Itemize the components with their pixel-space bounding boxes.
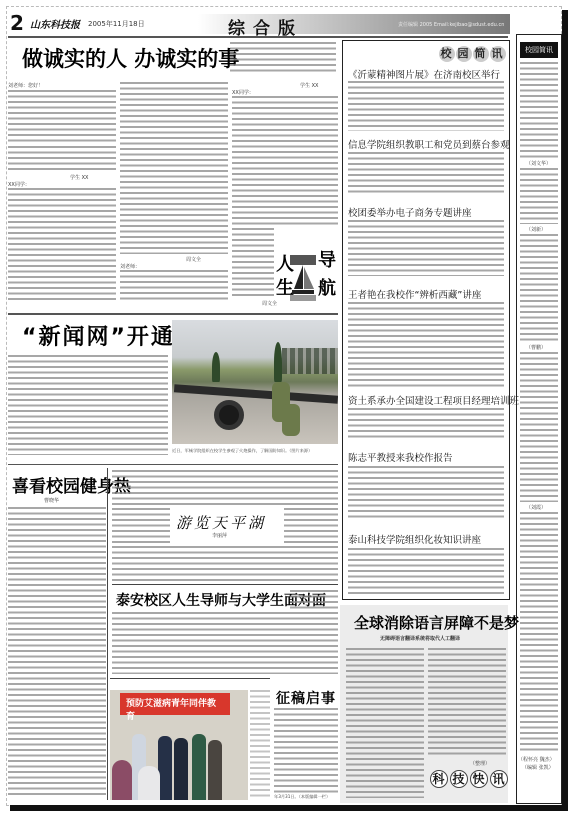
news-body-1 <box>348 81 504 131</box>
news-headline-6: 陈志平教授来我校作报告 <box>348 450 453 464</box>
sailboat-icon <box>290 255 316 301</box>
honest-greeting-4: XX同学： <box>232 89 254 96</box>
news-headline-1: 《沂蒙精神图片展》在济南校区举行 <box>348 67 500 81</box>
campus-news-tag: 校园简讯 <box>438 46 506 62</box>
mentor-rule <box>110 678 270 679</box>
language-body-2 <box>428 648 506 758</box>
news-body-4 <box>348 302 504 390</box>
honest-signoff-3: 学生 XX <box>300 82 318 89</box>
news-body-2 <box>348 152 504 196</box>
honest-greeting-3: 刘老师： <box>120 263 140 270</box>
language-body-1 <box>346 648 424 798</box>
language-signoff: （整理） <box>470 760 490 767</box>
sidebar-signoff-6: （编辑 张凯） <box>522 764 554 771</box>
honest-body-1b <box>8 146 116 172</box>
headline-tianping-lake: 游览天平湖 <box>176 512 266 533</box>
lake-body-bottom <box>112 546 338 582</box>
honest-body-4 <box>120 270 228 300</box>
news-headline-3: 校团委举办电子商务专题讲座 <box>348 205 472 219</box>
sidebar-body-4 <box>520 352 558 502</box>
news-body-3 <box>348 220 504 276</box>
sidebar-body-2 <box>520 168 558 224</box>
honest-greeting-2: XX同学： <box>8 181 30 188</box>
sidebar-signoff-5: （程怀亮 魏杰） <box>518 756 555 763</box>
aids-education-photo: 预防艾滋病青年同伴教育 <box>110 690 248 800</box>
issue-date: 2005年11月18日 <box>88 19 145 29</box>
graphic-char-3: 导 <box>318 246 336 272</box>
mentor-body <box>112 612 338 674</box>
honest-signoff-4: 周文全 <box>262 300 277 307</box>
headline-language-barrier: 全球消除语言屏障不是梦 <box>354 612 519 633</box>
sidebar-title: 校园简讯 <box>520 42 558 58</box>
contact-line: 责任编辑 2005 Email:kejibao@sdust.edu.cn <box>398 21 504 28</box>
news-body-6 <box>348 466 504 518</box>
sidebar-signoff-3: （曹鹏） <box>526 344 546 351</box>
honest-signoff-1: 学生 XX <box>70 174 88 181</box>
graphic-char-4: 航 <box>318 274 336 300</box>
news-headline-4: 王者艳在我校作“辨析西藏”讲座 <box>348 287 481 301</box>
page-shadow-bottom <box>10 805 566 811</box>
sidebar-body-3 <box>520 234 558 342</box>
news-body-7 <box>348 548 504 596</box>
honest-body-2 <box>8 188 116 300</box>
sidebar-body-5 <box>520 512 558 752</box>
section-rule-1 <box>8 313 338 315</box>
call-for-papers-footer: 年3月31日。（本版编辑一栏） <box>274 794 338 800</box>
masthead-logo: 山东科技报 <box>30 16 80 31</box>
photo2-caption-vertical <box>250 690 270 800</box>
photo-caption: 近日，军械学院组织在校学生参观了火炮操作，了解国防知识。（图片来源） <box>172 448 338 460</box>
honest-signoff-2: 周文全 <box>186 256 201 263</box>
news-headline-2: 信息学院组织教职工和党员到蔡台参观 <box>348 137 510 151</box>
sidebar-signoff-4: （刘霞） <box>526 504 546 511</box>
sidebar-body-1 <box>520 62 558 158</box>
news-headline-7: 泰山科技学院组织化妆知识讲座 <box>348 532 481 546</box>
language-subhead: 无障碍语言翻译系统将取代人工翻译 <box>380 635 460 642</box>
headline-call-for-papers: 征稿启事 <box>276 688 336 708</box>
sidebar-signoff-1: （刘文华） <box>526 160 551 167</box>
honest-body-5 <box>232 96 338 226</box>
honest-body-6 <box>232 228 274 298</box>
column-divider <box>107 468 108 800</box>
artillery-photo <box>172 320 338 444</box>
honest-body-1 <box>8 90 116 144</box>
lake-body-top <box>112 470 338 506</box>
call-for-papers-body <box>274 708 338 794</box>
fitness-body <box>8 507 106 797</box>
mentor-body-side <box>290 590 338 610</box>
tech-news-tag: 科技快讯 <box>430 770 510 788</box>
headline-honest: 做诚实的人 办诚实的事 <box>22 43 239 73</box>
lake-body-right <box>284 508 338 544</box>
honest-greeting-1: 刘老师：您好！ <box>8 82 43 89</box>
page-header: 2 山东科技报 2005年11月18日 综合版 责任编辑 2005 Email:… <box>8 12 554 34</box>
photo-banner: 预防艾滋病青年同伴教育 <box>120 693 230 715</box>
page-number: 2 <box>10 12 24 34</box>
news-headline-5: 资土系承办全国建设工程项目经理培训班 <box>348 393 519 407</box>
lake-rule <box>112 584 338 585</box>
lake-body-left <box>112 508 170 544</box>
fitness-author: 曹晓华 <box>44 497 59 504</box>
header-rule <box>8 36 508 38</box>
honest-body-3 <box>120 82 228 254</box>
page-shadow-right <box>562 10 568 811</box>
headline-news-net: “新闻网”开通 <box>22 320 175 351</box>
lake-author: 李丽萍 <box>212 532 227 539</box>
news-net-body <box>8 355 168 455</box>
honest-body-top <box>230 42 336 72</box>
section-rule-2 <box>8 464 338 465</box>
news-body-5 <box>348 408 504 438</box>
sidebar-signoff-2: （刘新） <box>526 226 546 233</box>
